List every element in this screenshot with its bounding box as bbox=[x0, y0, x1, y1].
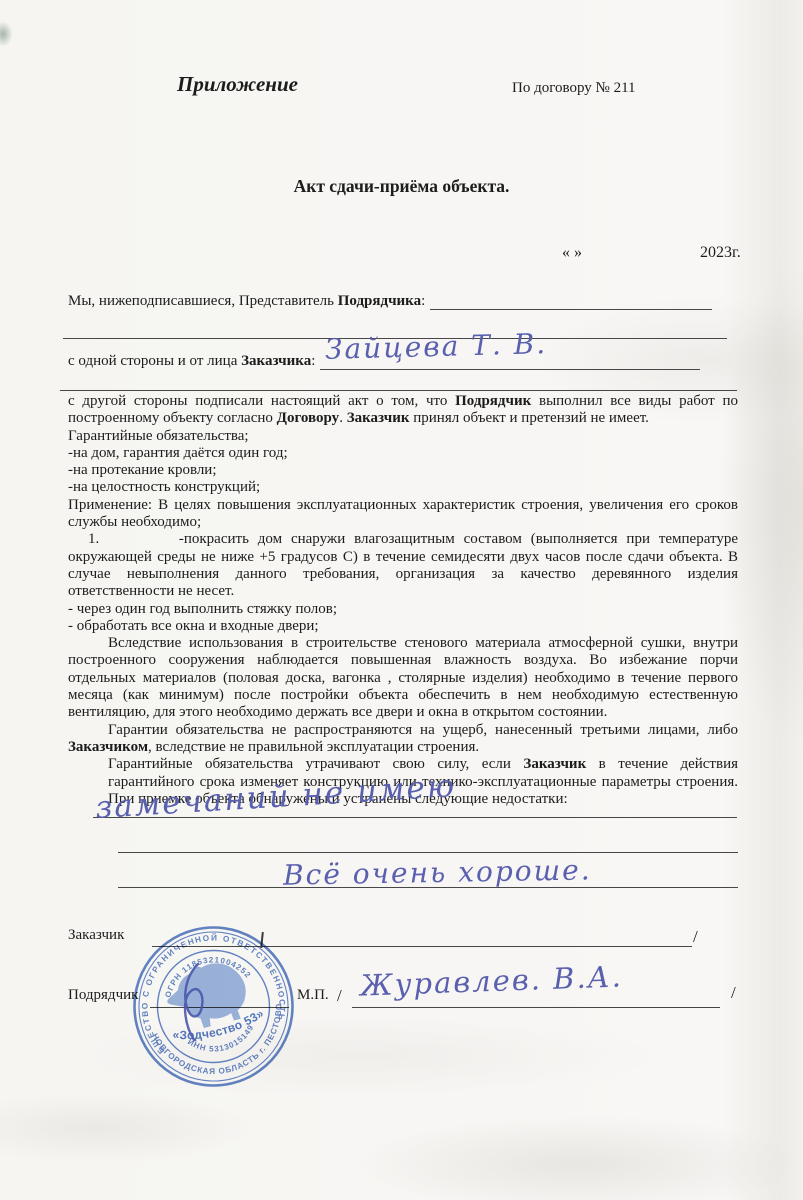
contractor-slash-1: / bbox=[337, 986, 342, 1006]
date-placeholder-quotes: « » bbox=[562, 244, 582, 262]
party-line-contractor-text: Мы, нижеподписавшиеся, Представитель Под… bbox=[68, 293, 425, 310]
scanned-document-page: Приложение По договору № 211 Акт сдачи-п… bbox=[0, 0, 803, 1200]
seal-place-label: М.П. bbox=[297, 987, 329, 1004]
body-paragraph: Гарантии обязательства не распространяют… bbox=[68, 722, 738, 757]
body-paragraph: -на протекание кровли; bbox=[68, 462, 738, 479]
defect-note-handwritten-2: Всё очень хороше. bbox=[283, 853, 592, 891]
body-paragraph: Гарантийные обязательства; bbox=[68, 428, 738, 445]
body-text: с другой стороны подписали настоящий акт… bbox=[68, 393, 738, 808]
contract-number-label: По договору № 211 bbox=[512, 80, 636, 97]
body-paragraph: -на целостность конструкций; bbox=[68, 479, 738, 496]
blank-line-2 bbox=[60, 375, 737, 391]
customer-name-signature-line bbox=[320, 369, 700, 370]
body-paragraph: - через один год выполнить стяжку полов; bbox=[68, 601, 738, 618]
customer-name-handwritten: Зайцева Т. В. bbox=[325, 327, 548, 366]
party-line-contractor: Мы, нижеподписавшиеся, Представитель Под… bbox=[68, 290, 712, 310]
body-paragraph: - обработать все окна и входные двери; bbox=[68, 618, 738, 635]
defect-line-2 bbox=[118, 837, 738, 853]
contractor-slash-2: / bbox=[731, 983, 736, 1003]
customer-signature-label: Заказчик bbox=[68, 927, 124, 944]
body-paragraph: -на дом, гарантия даётся один год; bbox=[68, 445, 738, 462]
body-paragraph: с другой стороны подписали настоящий акт… bbox=[68, 393, 738, 428]
body-paragraph: Вследствие использования в строительстве… bbox=[68, 635, 738, 721]
year-label: 2023г. bbox=[700, 244, 741, 262]
contractor-signature-flourish bbox=[172, 958, 222, 1048]
document-title: Акт сдачи-приёма объекта. bbox=[0, 176, 803, 197]
body-paragraph: Применение: В целях повышения эксплуатац… bbox=[68, 497, 738, 532]
body-paragraph: 1. -покрасить дом снаружи влагозащитным … bbox=[68, 531, 738, 600]
party-line-customer-text: с одной стороны и от лица Заказчика: bbox=[68, 353, 315, 370]
customer-slash: / bbox=[693, 927, 698, 947]
contractor-name-blank-line bbox=[430, 309, 712, 310]
appendix-label: Приложение bbox=[177, 72, 298, 97]
